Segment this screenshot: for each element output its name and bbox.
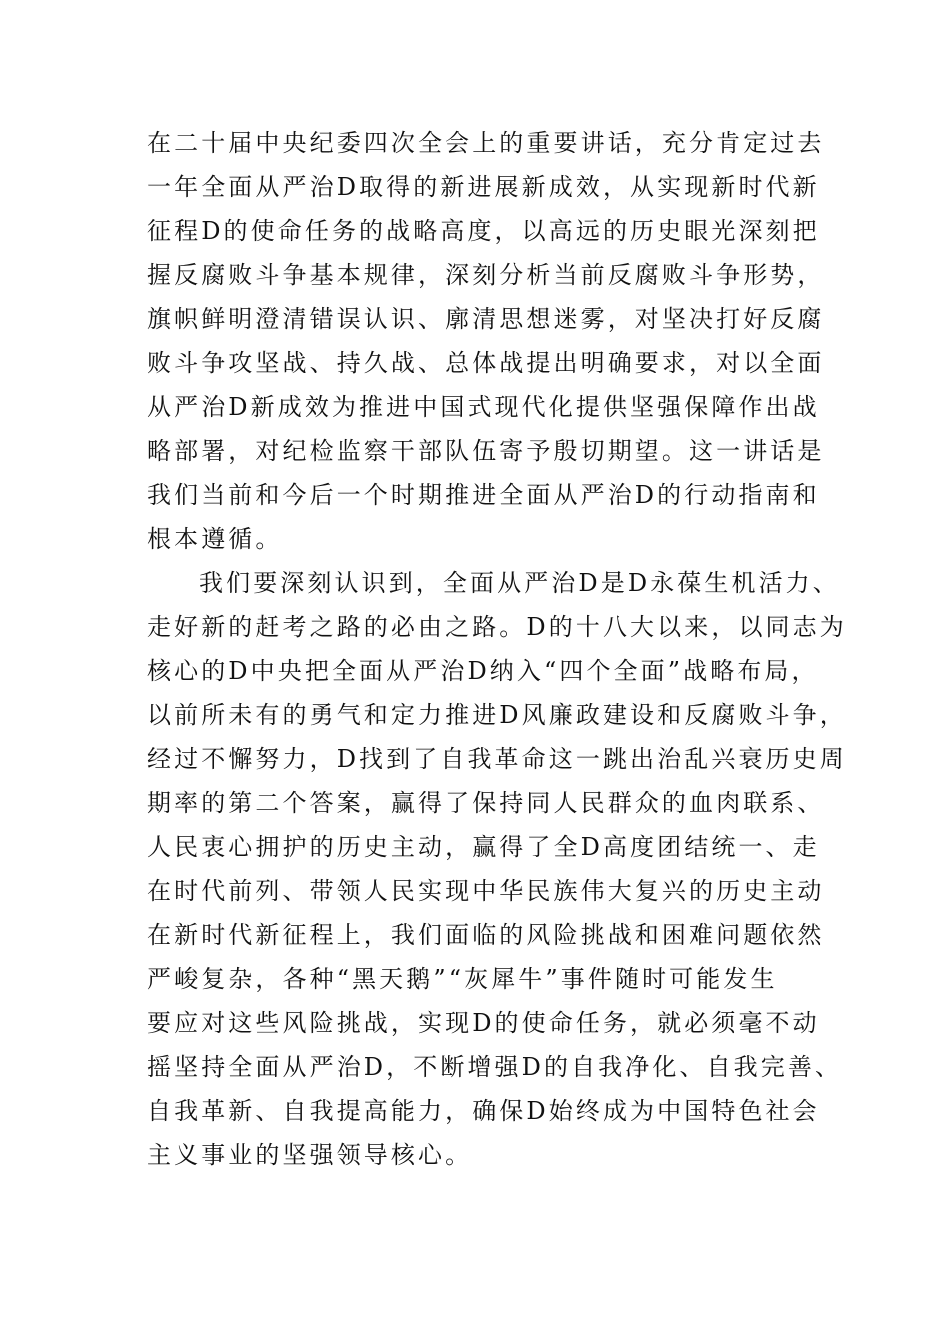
paragraph-1: 在二十届中央纪委四次全会上的重要讲话，充分肯定过去 一年全面从严治D取得的新进展… xyxy=(147,121,827,561)
text-line: 一年全面从严治D取得的新进展新成效，从实现新时代新 xyxy=(147,165,827,209)
text-line: 期率的第二个答案，赢得了保持同人民群众的血肉联系、 xyxy=(147,781,827,825)
text-line: 从严治D新成效为推进中国式现代化提供坚强保障作出战 xyxy=(147,385,827,429)
text-line: 自我革新、自我提高能力，确保D始终成为中国特色社会 xyxy=(147,1089,827,1133)
body-text: 在二十届中央纪委四次全会上的重要讲话，充分肯定过去 一年全面从严治D取得的新进展… xyxy=(147,121,827,1177)
text-line: 核心的D中央把全面从严治D纳入“四个全面”战略布局， xyxy=(147,649,827,693)
text-line: 摇坚持全面从严治D，不断增强D的自我净化、自我完善、 xyxy=(147,1045,827,1089)
text-line: 征程D的使命任务的战略高度，以高远的历史眼光深刻把 xyxy=(147,209,827,253)
text-line: 走好新的赶考之路的必由之路。D的十八大以来，以同志为 xyxy=(147,605,827,649)
text-line-indented: 我们要深刻认识到，全面从严治D是D永葆生机活力、 xyxy=(147,561,827,605)
document-page: 在二十届中央纪委四次全会上的重要讲话，充分肯定过去 一年全面从严治D取得的新进展… xyxy=(0,0,950,1344)
text-line: 败斗争攻坚战、持久战、总体战提出明确要求，对以全面 xyxy=(147,341,827,385)
text-line: 握反腐败斗争基本规律，深刻分析当前反腐败斗争形势， xyxy=(147,253,827,297)
text-line: 在时代前列、带领人民实现中华民族伟大复兴的历史主动 xyxy=(147,869,827,913)
text-line: 主义事业的坚强领导核心。 xyxy=(147,1133,827,1177)
text-line: 根本遵循。 xyxy=(147,517,827,561)
text-line: 严峻复杂，各种“黑天鹅”“灰犀牛”事件随时可能发生 xyxy=(147,957,827,1001)
text-line: 略部署，对纪检监察干部队伍寄予殷切期望。这一讲话是 xyxy=(147,429,827,473)
paragraph-2: 我们要深刻认识到，全面从严治D是D永葆生机活力、 走好新的赶考之路的必由之路。D… xyxy=(147,561,827,1177)
text-line: 在新时代新征程上，我们面临的风险挑战和困难问题依然 xyxy=(147,913,827,957)
text-line: 在二十届中央纪委四次全会上的重要讲话，充分肯定过去 xyxy=(147,121,827,165)
text-line: 人民衷心拥护的历史主动，赢得了全D高度团结统一、走 xyxy=(147,825,827,869)
text-line: 要应对这些风险挑战，实现D的使命任务，就必须毫不动 xyxy=(147,1001,827,1045)
text-line: 以前所未有的勇气和定力推进D风廉政建设和反腐败斗争， xyxy=(147,693,827,737)
text-line: 旗帜鲜明澄清错误认识、廓清思想迷雾，对坚决打好反腐 xyxy=(147,297,827,341)
text-line: 经过不懈努力，D找到了自我革命这一跳出治乱兴衰历史周 xyxy=(147,737,827,781)
text-line: 我们当前和今后一个时期推进全面从严治D的行动指南和 xyxy=(147,473,827,517)
